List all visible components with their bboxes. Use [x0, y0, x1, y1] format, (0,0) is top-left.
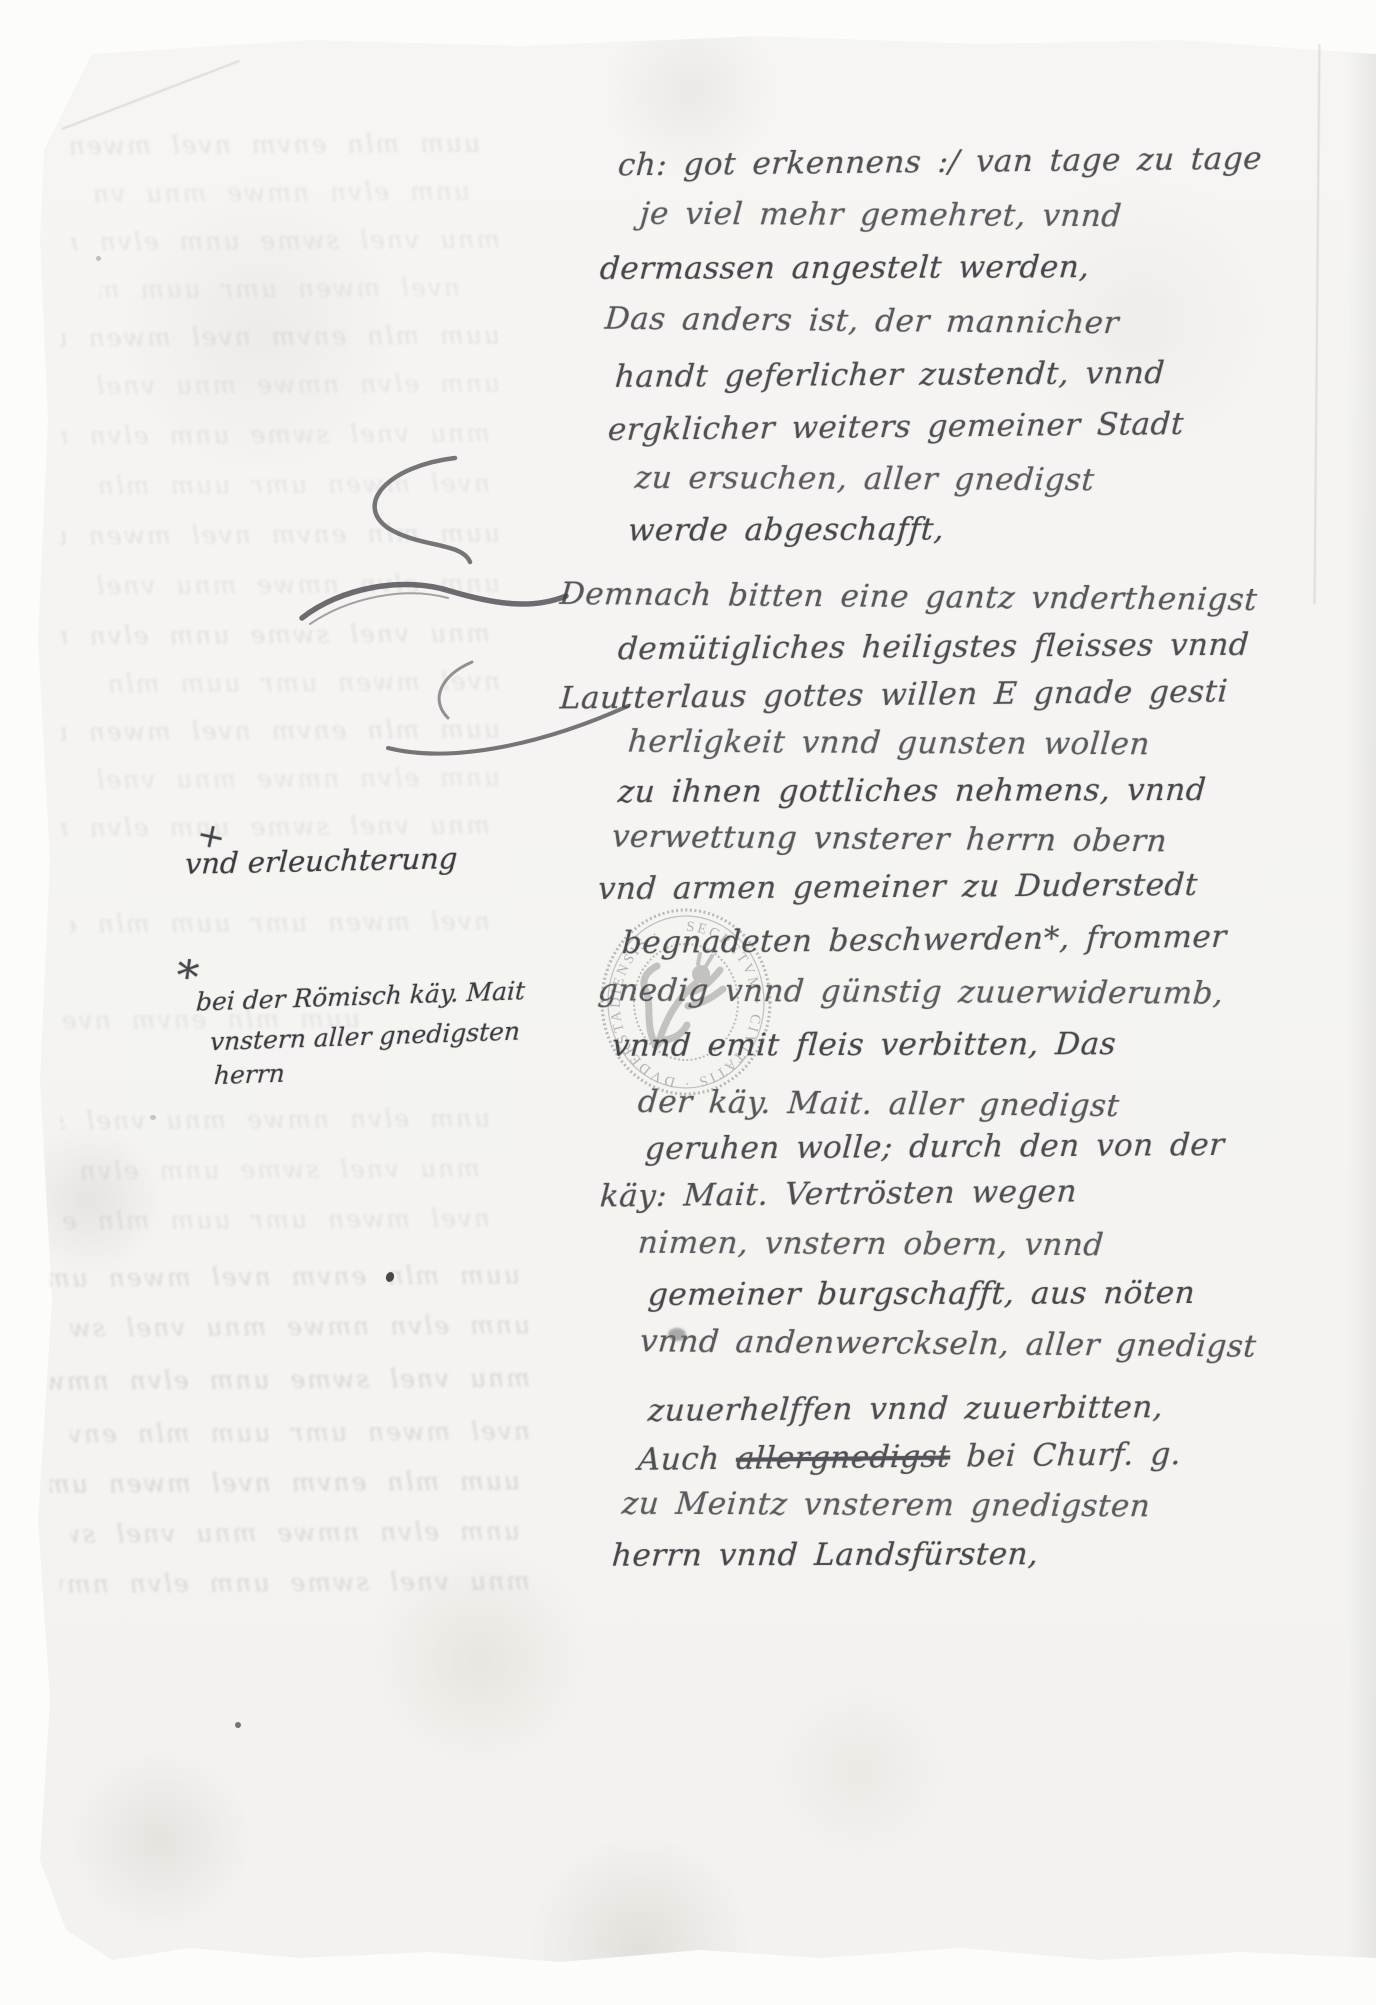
- margin-note-line-3: herrn: [213, 1059, 285, 1091]
- ink-blot: [668, 1328, 686, 1341]
- margin-interlinear-note: vnd erleuchterung: [184, 841, 458, 881]
- manuscript-scan: uum mln envm nvel mwen umr uum mln envm …: [0, 0, 1376, 2005]
- margin-note-line-1: bei der Römisch käy. Mait: [195, 976, 526, 1017]
- paper-speck: [150, 1115, 156, 1120]
- paper-speck: [96, 256, 101, 261]
- fly-speck: [235, 1722, 241, 1728]
- margin-note-line-2: vnstern aller gnedigsten: [209, 1017, 520, 1057]
- margin-annotations: + vnd erleuchterung * bei der Römisch kä…: [0, 0, 1376, 2005]
